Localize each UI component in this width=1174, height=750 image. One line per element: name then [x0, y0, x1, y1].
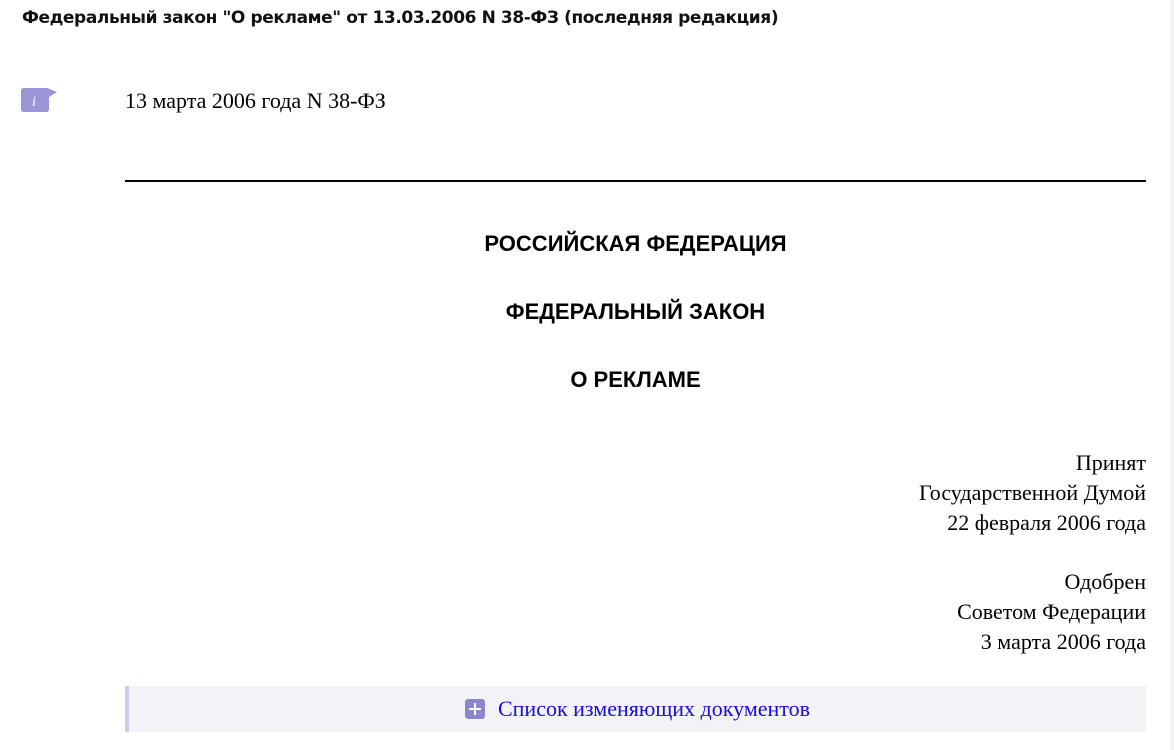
adopted-by-duma: Принят Государственной Думой 22 февраля …	[919, 448, 1146, 538]
scrollbar-track[interactable]	[1170, 0, 1174, 750]
heading-law-title: О РЕКЛАМЕ	[125, 367, 1146, 393]
page-title: Федеральный закон "О рекламе" от 13.03.2…	[22, 8, 778, 28]
svg-text:i: i	[32, 94, 36, 110]
amending-documents-link[interactable]: Список изменяющих документов	[498, 696, 810, 722]
adopted-label: Принят	[919, 448, 1146, 478]
document-date-number: 13 марта 2006 года N 38-ФЗ	[125, 88, 386, 114]
approved-body: Советом Федерации	[957, 597, 1146, 627]
info-icon[interactable]: i	[21, 88, 57, 112]
approved-by-council: Одобрен Советом Федерации 3 марта 2006 г…	[957, 567, 1146, 657]
plus-icon[interactable]	[465, 699, 485, 719]
adopted-body: Государственной Думой	[919, 478, 1146, 508]
amending-documents-toggle[interactable]: Список изменяющих документов	[125, 686, 1146, 732]
heading-country: РОССИЙСКАЯ ФЕДЕРАЦИЯ	[125, 231, 1146, 257]
adopted-date: 22 февраля 2006 года	[919, 508, 1146, 538]
approved-label: Одобрен	[957, 567, 1146, 597]
divider	[125, 180, 1146, 182]
approved-date: 3 марта 2006 года	[957, 627, 1146, 657]
heading-doc-type: ФЕДЕРАЛЬНЫЙ ЗАКОН	[125, 299, 1146, 325]
